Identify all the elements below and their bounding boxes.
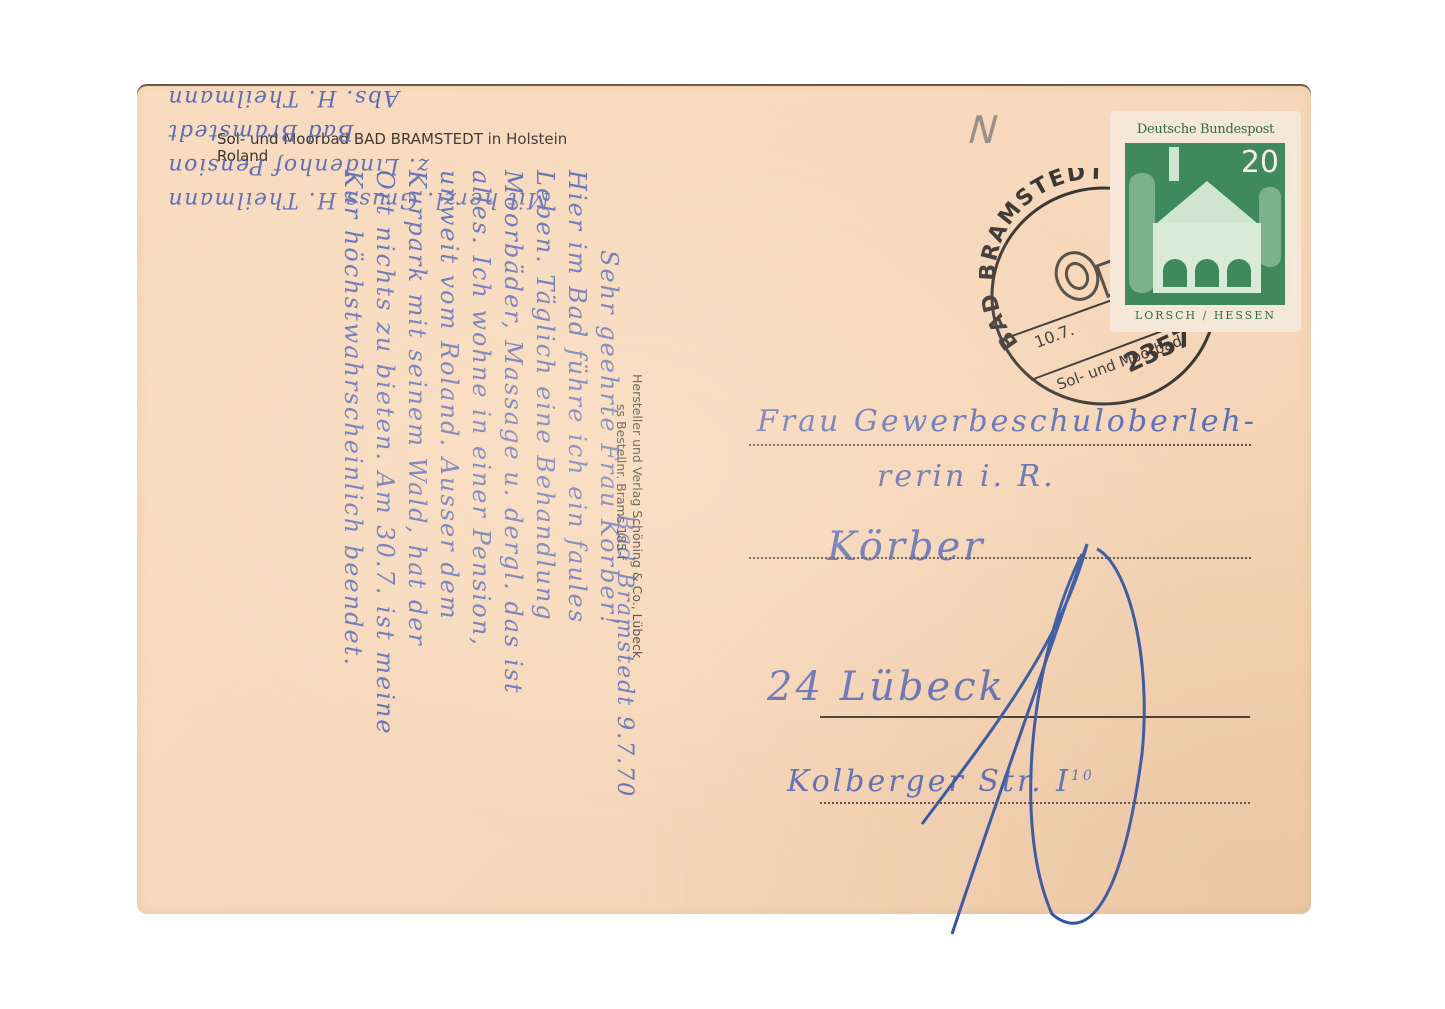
- stamp-building: [1153, 223, 1261, 293]
- publisher-imprint: Hersteller und Verlag Schöning & Co., Lü…: [613, 374, 645, 804]
- stamp-place: LORSCH / HESSEN: [1123, 309, 1288, 322]
- message-line: Hier im Bad führe ich ein faules: [561, 170, 593, 736]
- stamp-tree: [1259, 187, 1281, 267]
- stamp-tree: [1129, 173, 1155, 293]
- stamp-roof: [1157, 181, 1257, 223]
- address-line-2: rerin i. R.: [877, 459, 1056, 494]
- message-line: Kurpark mit seinem Wald, hat der: [401, 170, 433, 736]
- blue-crayon-mark-10: [912, 524, 1152, 944]
- stamp-country: Deutsche Bundespost: [1123, 122, 1288, 137]
- postmark-town: BAD BRAMSTEDT: [979, 168, 1106, 354]
- publisher-line-2: ss Bestellnr. Brams 185-f: [613, 374, 629, 804]
- sender-line: Bad Bramstedt: [167, 114, 997, 148]
- stamp-image-lorsch-gatehall: 20: [1125, 143, 1285, 305]
- message-line: Leben. Täglich eine Behandlung: [529, 170, 561, 736]
- address-rule: [749, 444, 1251, 446]
- svg-text:BAD BRAMSTEDT: BAD BRAMSTEDT: [979, 168, 1106, 354]
- postmark-date: 10.7.: [1032, 320, 1077, 352]
- postage-stamp: Deutsche Bundespost 20 LORSCH / HESSEN: [1113, 114, 1298, 329]
- message-line: Ort nichts zu bieten. Am 30.7. ist meine: [369, 170, 401, 736]
- message-line: alles. Ich wohne in einer Pension,: [465, 170, 497, 736]
- message-line: Moorbäder, Massage u. dergl. das ist: [497, 170, 529, 736]
- stamp-value: 20: [1241, 145, 1279, 180]
- message-line: unweit vom Roland. Ausser dem: [433, 170, 465, 736]
- stamp-tower: [1169, 147, 1179, 181]
- handwritten-message: Sehr geehrte Frau Körber! Hier im Bad fü…: [337, 170, 625, 736]
- sender-line: Abs. H. Theilmann: [167, 80, 997, 114]
- address-line-1: Frau Gewerbeschuloberleh-: [757, 404, 1257, 439]
- message-line: Kur höchstwahrscheinlich beendet.: [337, 170, 369, 736]
- postcard: Sol- und Moorbad BAD BRAMSTEDT in Holste…: [137, 84, 1311, 914]
- publisher-line-1: Hersteller und Verlag Schöning & Co., Lü…: [629, 374, 645, 804]
